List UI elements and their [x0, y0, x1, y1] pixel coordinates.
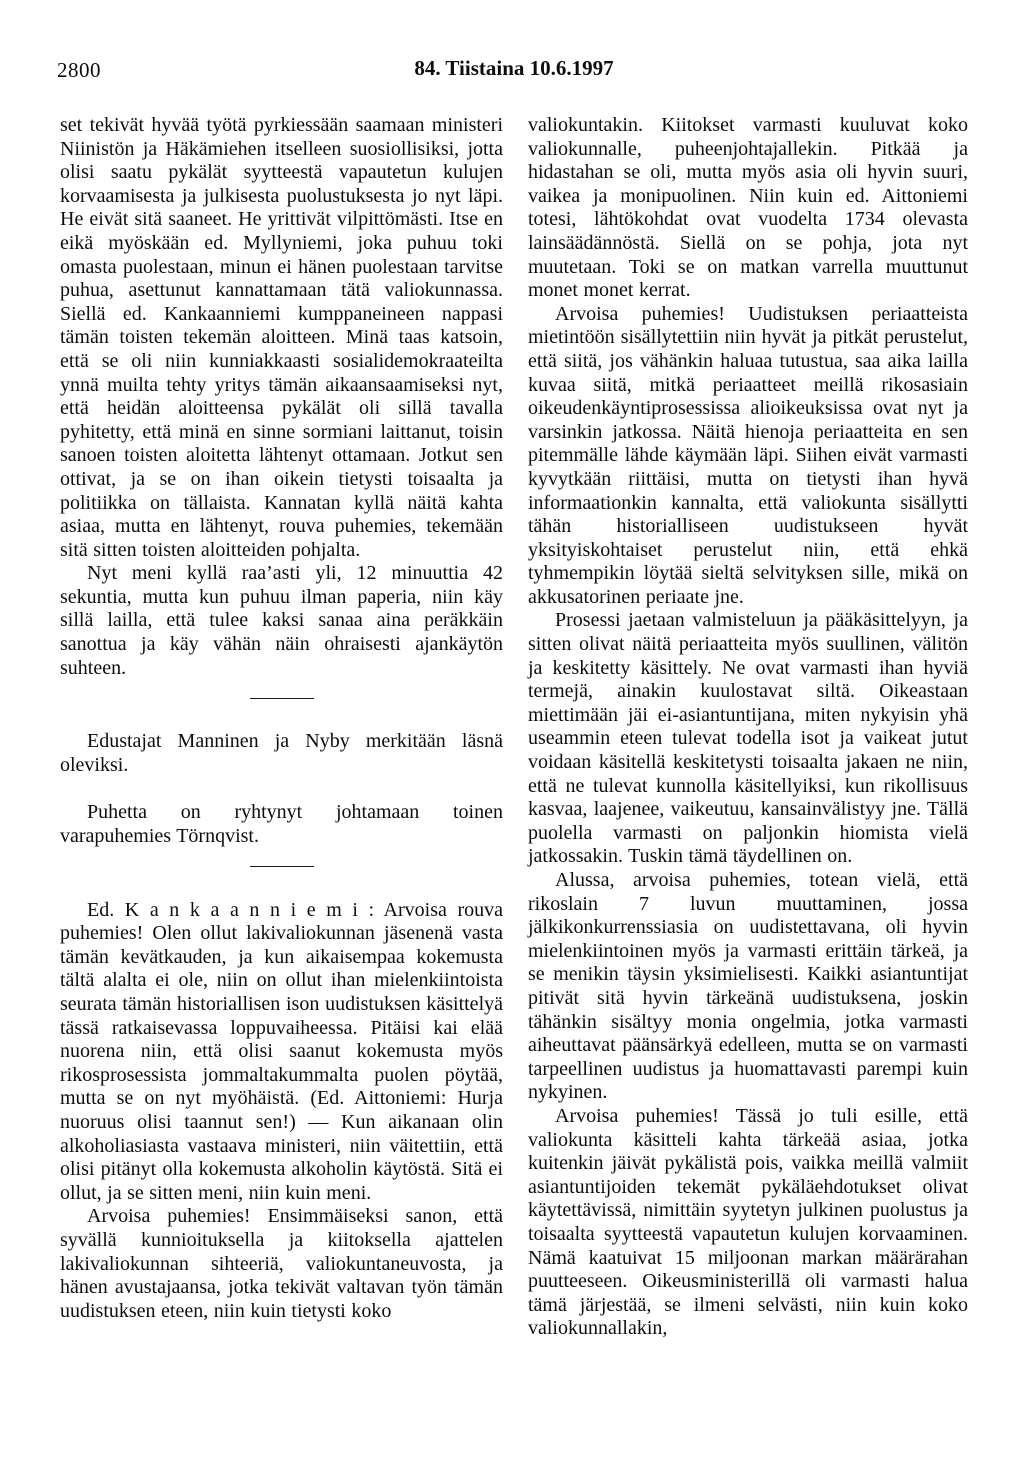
- right-column: valiokuntakin. Kiitokset varmasti kuuluv…: [528, 114, 968, 1341]
- timing-remark-paragraph: Nyt meni kyllä raa’asti yli, 12 minuutti…: [60, 562, 503, 680]
- reform-principles-paragraph: Arvoisa puhemies! Uudistuksen periaattei…: [528, 303, 968, 610]
- section-divider: [60, 690, 503, 706]
- document-page: 2800 84. Tiistaina 10.6.1997 set tekivät…: [0, 0, 1024, 1468]
- omitted-provisions-paragraph: Arvoisa puhemies! Tässä jo tuli esille, …: [528, 1105, 968, 1341]
- attendance-note-paragraph: Edustajat Manninen ja Nyby merkitään läs…: [60, 730, 503, 777]
- divider-line: [250, 698, 314, 699]
- left-column: set tekivät hyvää työtä pyrkiessään saam…: [60, 114, 503, 1341]
- penal-code-chapter7-paragraph: Alussa, arvoisa puhemies, totean vielä, …: [528, 869, 968, 1105]
- speech-thanks-continuation-paragraph: valiokuntakin. Kiitokset varmasti kuuluv…: [528, 114, 968, 303]
- process-division-paragraph: Prosessi jaetaan valmisteluun ja pääkäsi…: [528, 609, 968, 869]
- page-header: 2800 84. Tiistaina 10.6.1997: [60, 56, 968, 84]
- section-divider: [60, 859, 503, 875]
- two-column-text-block: set tekivät hyvää työtä pyrkiessään saam…: [60, 114, 968, 1341]
- kankaanniemi-speech-opening-paragraph: Ed. K a n k a a n n i e m i : Arvoisa ro…: [60, 899, 503, 1206]
- session-title: 84. Tiistaina 10.6.1997: [60, 56, 968, 81]
- divider-line: [250, 866, 314, 867]
- chair-change-note-paragraph: Puhetta on ryhtynyt johtamaan toinen var…: [60, 801, 503, 848]
- speech-continuation-paragraph: set tekivät hyvää työtä pyrkiessään saam…: [60, 114, 503, 562]
- kankaanniemi-speech-thanks-paragraph: Arvoisa puhemies! Ensimmäiseksi sanon, e…: [60, 1205, 503, 1323]
